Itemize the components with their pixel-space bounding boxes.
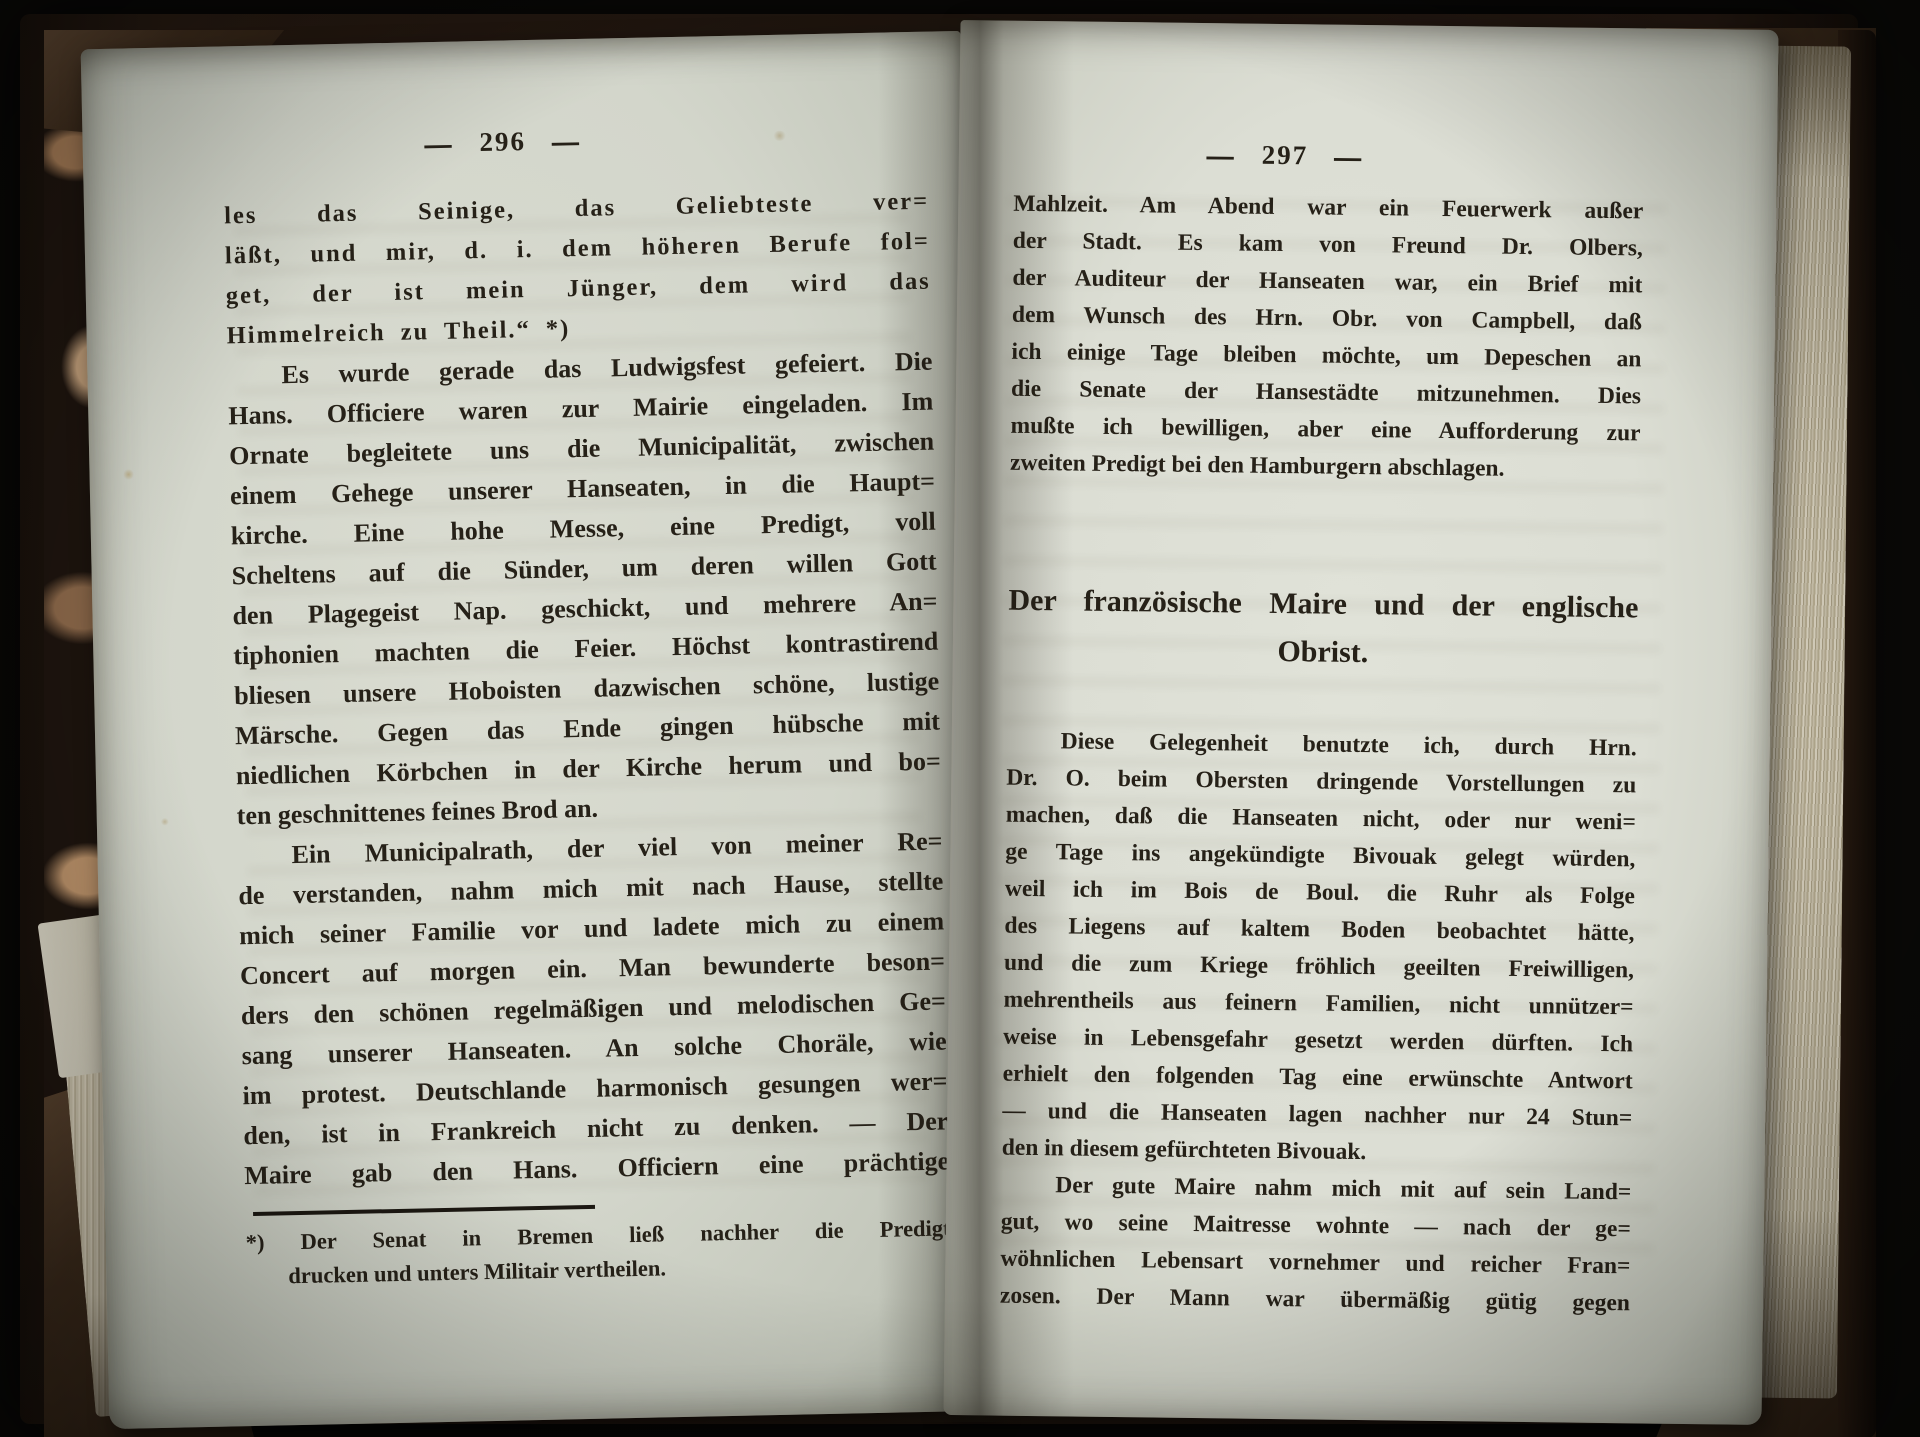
paragraph-municipalrath: Ein Municipalrath, der viel von meiner R… (237, 821, 949, 1196)
paper-stain (161, 818, 169, 826)
header-dash: — (551, 117, 581, 164)
paragraph-quote: les das Seinige, das Geliebteste ver=läß… (224, 182, 932, 357)
paper-stain (123, 468, 133, 480)
page-header-297: — 297 — (1157, 138, 1413, 172)
section-heading: Der französische Maire und der englische… (1008, 577, 1639, 681)
text-line: zweiten Predigt bei den Hamburgern absch… (1010, 445, 1640, 490)
paragraph-maire-landgut: Der gute Maire nahm mich mit auf sein La… (1000, 1167, 1632, 1323)
text-block-296: les das Seinige, das Geliebteste ver=läß… (224, 182, 952, 1295)
footnote: *) Der Senat in Bremen ließ nachher die … (245, 1211, 951, 1294)
text-block-297: Mahlzeit. Am Abend war ein Feuerwerk auß… (1000, 186, 1644, 1323)
header-dash: — (424, 120, 454, 167)
page-header-296: — 296 — (332, 123, 673, 161)
header-dash: — (1206, 131, 1236, 178)
page-number: 297 (1261, 140, 1308, 172)
page-296: — 296 — les das Seinige, das Geliebteste… (81, 31, 990, 1429)
paper-stain (773, 131, 787, 141)
header-dash: — (1334, 133, 1364, 180)
footnote-rule (253, 1205, 595, 1216)
text-line: Obrist. (1008, 625, 1639, 681)
page-number: 296 (479, 126, 526, 158)
page-297: — 297 — Mahlzeit. Am Abend war ein Feuer… (944, 20, 1779, 1425)
paragraph-gelegenheit: Diese Gelegenheit benutzte ich, durch Hr… (1002, 723, 1637, 1175)
paragraph-ludwigsfest: Es wurde gerade das Ludwigsfest gefeiert… (227, 342, 942, 837)
text-line: zosen. Der Mann war übermäßig gütig gege… (1000, 1278, 1630, 1323)
text-line: Der französische Maire und der englische (1008, 577, 1639, 633)
paragraph-mahlzeit: Mahlzeit. Am Abend war ein Feuerwerk auß… (1010, 186, 1644, 490)
